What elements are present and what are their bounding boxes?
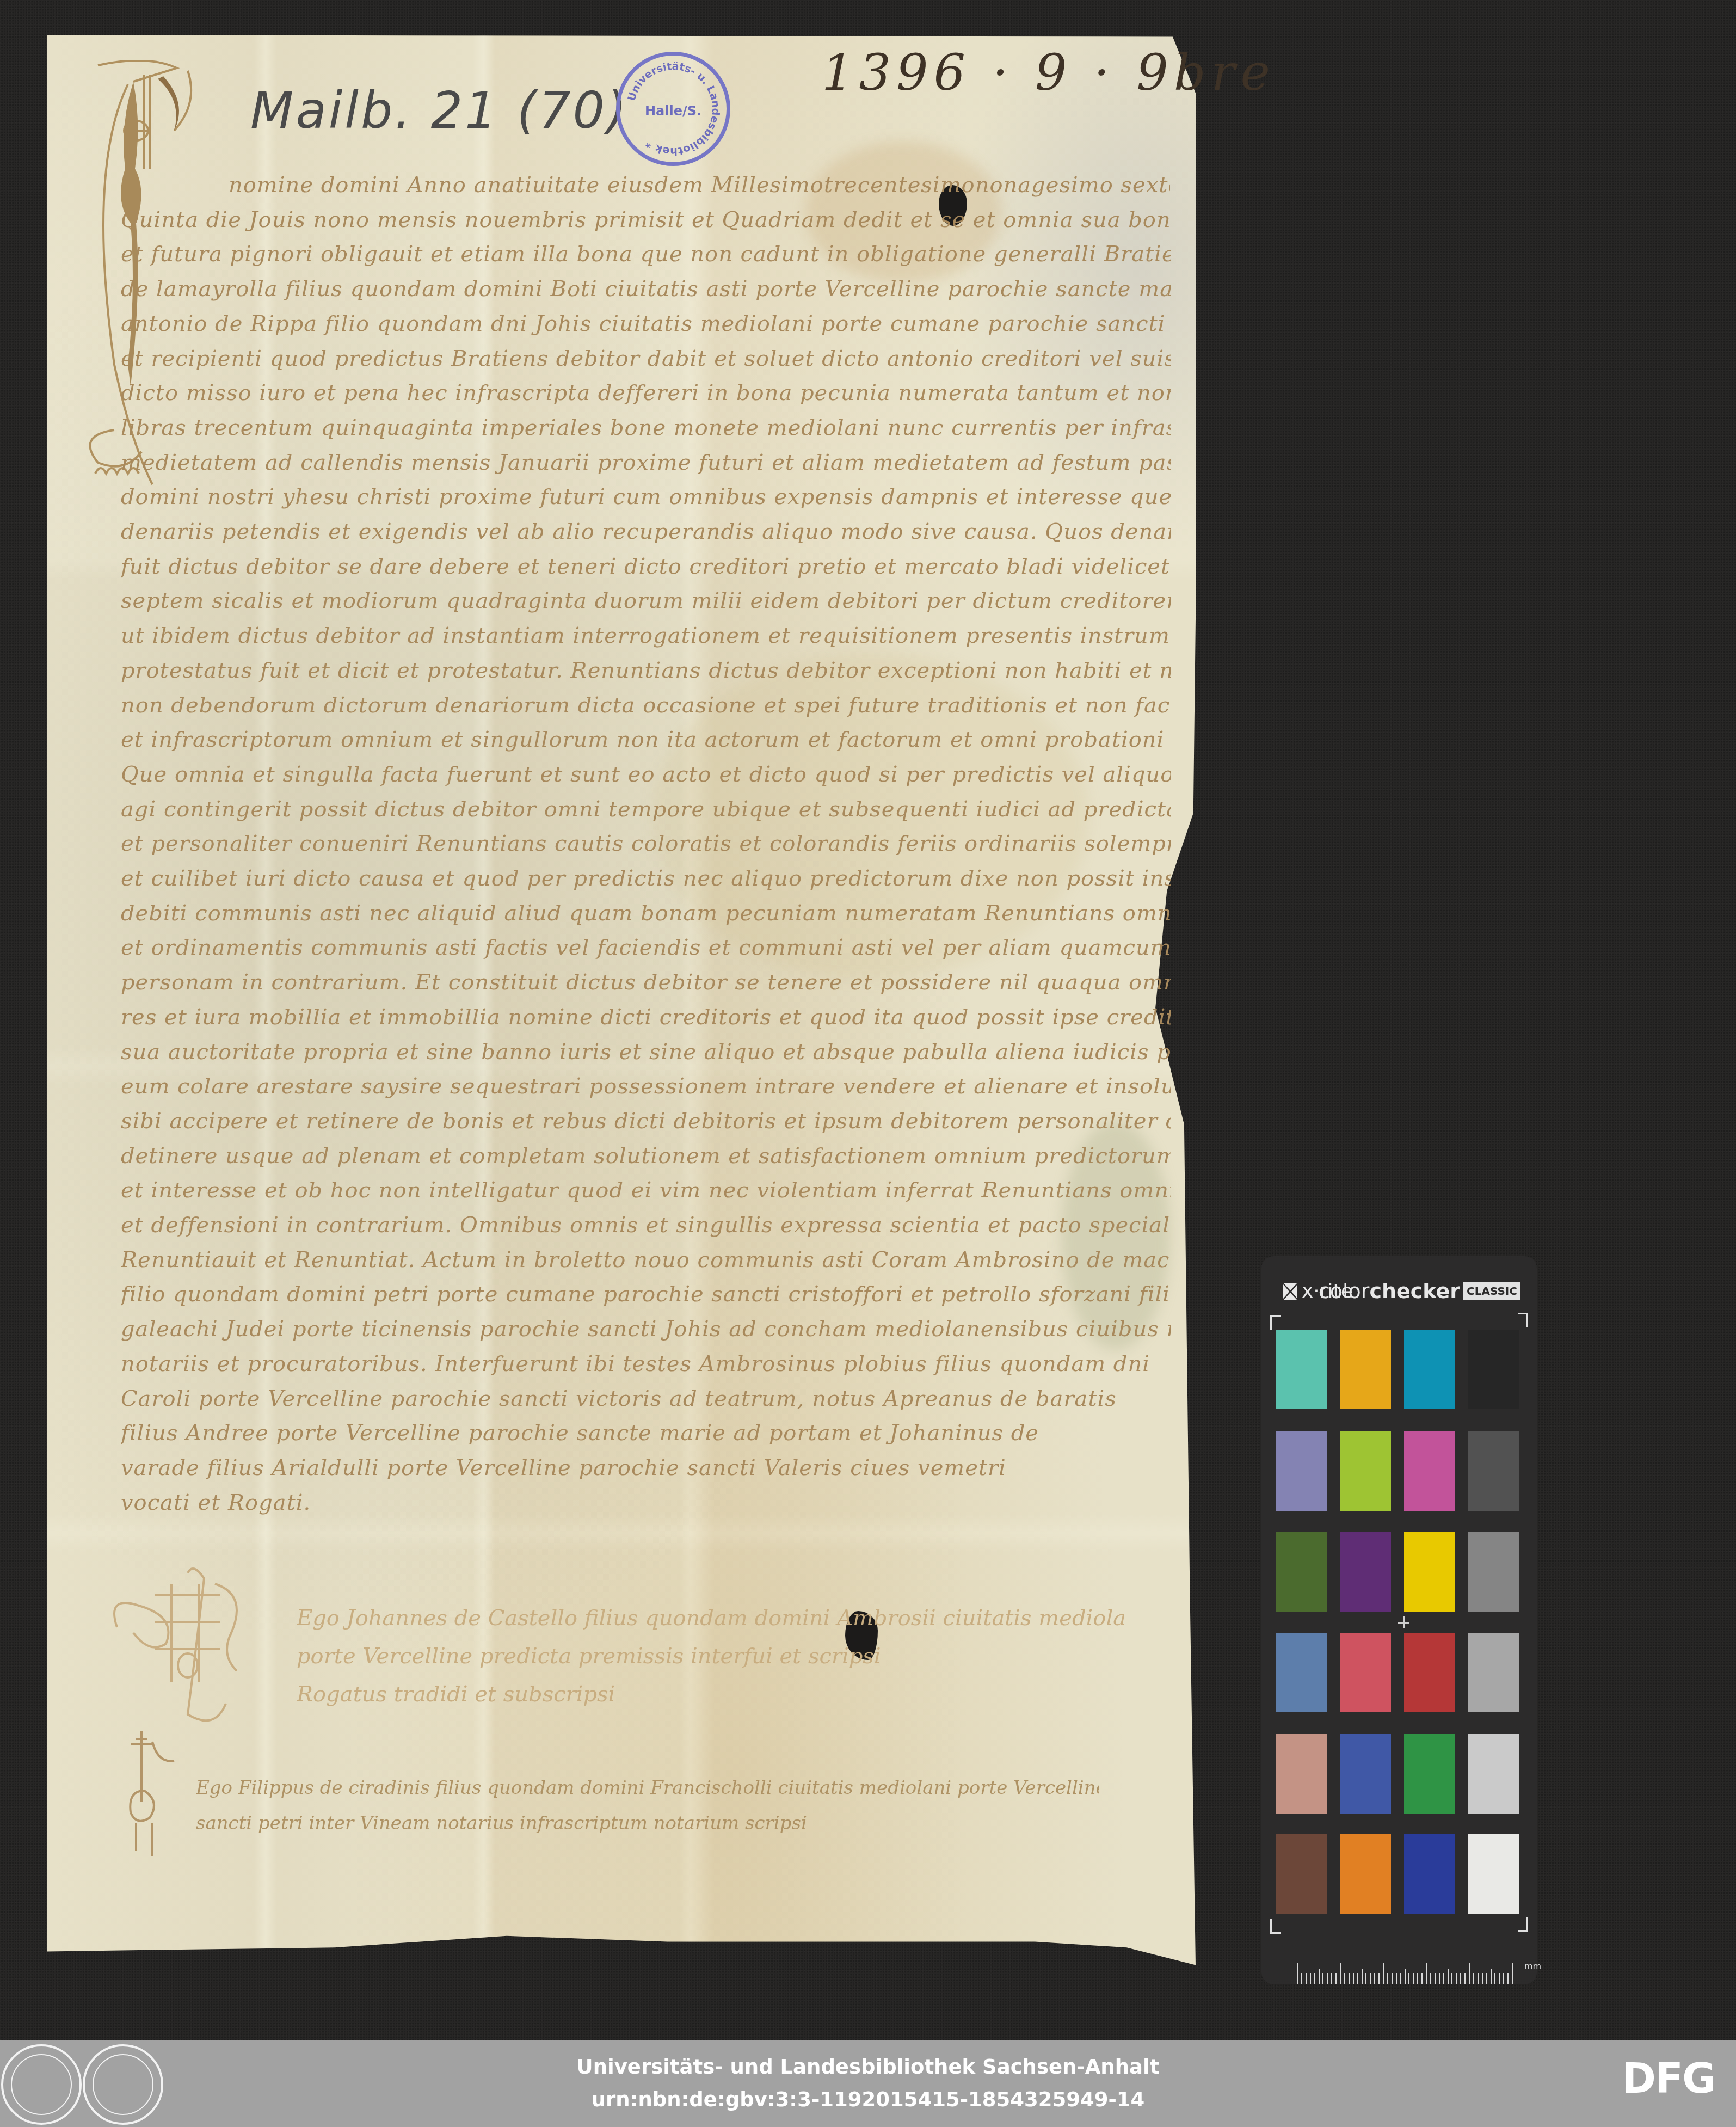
library-stamp: Universitäts- u. Landesbibliothek * Hall…	[616, 52, 730, 166]
color-patch	[1404, 1734, 1455, 1814]
title-bold: checker	[1369, 1279, 1460, 1303]
ruler-tick	[1460, 1973, 1461, 1984]
charter-text-line: detinere usque ad plenam et completam so…	[121, 1140, 1171, 1172]
ruler-tick	[1464, 1973, 1466, 1984]
charter-text-line: filius Andree porte Vercelline parochie …	[121, 1417, 1171, 1449]
xrite-logo-icon	[1282, 1282, 1298, 1301]
charter-text-line: protestatus fuit et dicit et protestatur…	[121, 654, 1171, 687]
charter-text-line: et cuilibet iuri dicto causa et quod per…	[121, 862, 1171, 895]
ruler-tick	[1405, 1969, 1406, 1984]
ruler-tick	[1314, 1973, 1315, 1984]
ruler-tick	[1491, 1969, 1492, 1984]
color-patch	[1468, 1834, 1519, 1914]
color-patch	[1468, 1633, 1519, 1712]
color-patch	[1468, 1532, 1519, 1612]
charter-text-line: Que omnia et singulla facta fuerunt et s…	[121, 758, 1171, 791]
charter-text-line: sibi accipere et retinere de bonis et re…	[121, 1105, 1171, 1138]
charter-text-line: Quinta die Jouis nono mensis nouembris p…	[121, 204, 1171, 236]
ruler-tick	[1499, 1973, 1500, 1984]
ruler-tick	[1494, 1973, 1495, 1984]
ruler-tick	[1435, 1973, 1436, 1984]
registration-corner	[1270, 1315, 1281, 1330]
charter-text-line: et ordinamentis communis asti factis vel…	[121, 931, 1171, 964]
charter-text-line: personam in contrarium. Et constituit di…	[121, 966, 1171, 999]
ruler-tick	[1340, 1963, 1341, 1984]
ruler-tick	[1448, 1969, 1449, 1984]
ruler-tick	[1387, 1973, 1388, 1984]
charter-text-line: nomine domini Anno anatiuitate eiusdem M…	[229, 169, 1170, 201]
color-patch	[1468, 1431, 1519, 1511]
ruler-tick	[1413, 1973, 1414, 1984]
ruler-tick	[1430, 1973, 1431, 1984]
ruler-tick	[1469, 1963, 1470, 1984]
charter-text-line: dicto misso iuro et pena hec infrascript…	[121, 377, 1171, 409]
ruler-tick	[1374, 1973, 1375, 1984]
ruler-tick	[1331, 1973, 1332, 1984]
charter-text-line: et recipienti quod predictus Bratiens de…	[121, 342, 1171, 375]
ruler-tick	[1335, 1973, 1337, 1984]
charter-text-line: de lamayrolla filius quondam domini Boti…	[121, 273, 1171, 305]
color-patch	[1404, 1633, 1455, 1712]
color-patch	[1276, 1633, 1327, 1712]
charter-text-line: Renuntiauit et Renuntiat. Actum in brole…	[121, 1244, 1171, 1276]
charter-text-line: agi contingerit possit dictus debitor om…	[121, 793, 1171, 826]
charter-text-line: septem sicalis et modiorum quadraginta d…	[121, 585, 1171, 617]
color-patch	[1404, 1532, 1455, 1612]
dfg-logo: DFG	[1622, 2061, 1715, 2097]
charter-text-line: filio quondam domini petri porte cumane …	[121, 1278, 1171, 1311]
charter-text-line: galeachi Judei porte ticinensis parochie…	[121, 1313, 1171, 1345]
ruler-tick	[1297, 1963, 1298, 1984]
ruler-tick	[1306, 1973, 1307, 1984]
mm-ruler: mm	[1297, 1962, 1520, 1984]
color-patch	[1340, 1834, 1391, 1914]
title-light: color	[1319, 1279, 1370, 1303]
urn-identifier: urn:nbn:de:gbv:3:3-1192015415-1854325949…	[0, 2088, 1736, 2111]
footer-bar: Universitäts- und Landesbibliothek Sachs…	[0, 2040, 1736, 2127]
institution-name: Universitäts- und Landesbibliothek Sachs…	[0, 2055, 1736, 2079]
ruler-tick	[1301, 1973, 1302, 1984]
ruler-tick	[1421, 1973, 1423, 1984]
color-patch	[1340, 1734, 1391, 1814]
color-patch	[1340, 1633, 1391, 1712]
subscription-johannes-line: porte Vercelline predicta premissis inte…	[297, 1644, 1058, 1669]
color-patch	[1276, 1330, 1327, 1409]
charter-text-line: notariis et procuratoribus. Interfuerunt…	[121, 1348, 1171, 1380]
ruler-tick	[1426, 1963, 1427, 1984]
ruler-tick	[1319, 1969, 1320, 1984]
ruler-unit: mm	[1524, 1961, 1541, 1971]
ruler-tick	[1322, 1973, 1323, 1984]
subscription-johannes-line: Ego Johannes de Castello filius quondam …	[297, 1606, 1124, 1631]
charter-text-line: res et iura mobillia et immobillia nomin…	[121, 1001, 1171, 1034]
color-patch	[1468, 1330, 1519, 1409]
ruler-tick	[1365, 1973, 1366, 1984]
ruler-tick	[1512, 1963, 1513, 1984]
classic-badge: CLASSIC	[1463, 1282, 1520, 1300]
ruler-tick	[1486, 1973, 1487, 1984]
ruler-tick	[1503, 1973, 1504, 1984]
charter-text-line: debiti communis asti nec aliquid aliud q…	[121, 897, 1171, 930]
ruler-tick	[1482, 1973, 1483, 1984]
charter-text-line: varade filius Arialdulli porte Vercellin…	[121, 1452, 1171, 1484]
ruler-tick	[1349, 1973, 1350, 1984]
ruler-tick	[1370, 1973, 1371, 1984]
color-patch	[1340, 1431, 1391, 1511]
color-patch	[1404, 1330, 1455, 1409]
charter-text-line: ut ibidem dictus debitor ad instantiam i…	[121, 619, 1171, 652]
ruler-tick	[1383, 1963, 1384, 1984]
charter-text-line: non debendorum dictorum denariorum dicta…	[121, 689, 1171, 722]
notary-signum-icon	[106, 1562, 291, 1736]
color-patch	[1404, 1431, 1455, 1511]
charter-text-line: domini nostri yhesu christi proxime futu…	[121, 481, 1171, 513]
charter-text-line: eum colare arestare saysire sequestrari …	[121, 1070, 1171, 1103]
color-patch	[1276, 1834, 1327, 1914]
ruler-tick	[1417, 1973, 1418, 1984]
ruler-tick	[1451, 1973, 1452, 1984]
ruler-tick	[1357, 1973, 1358, 1984]
archive-shelfmark: Mailb. 21 (70)	[250, 82, 629, 140]
color-patch	[1340, 1330, 1391, 1409]
charter-text-line: fuit dictus debitor se dare debere et te…	[121, 550, 1171, 583]
ruler-tick	[1439, 1973, 1440, 1984]
color-patch	[1468, 1734, 1519, 1814]
charter-text-line: antonio de Rippa filio quondam dni Johis…	[121, 308, 1171, 340]
crosshair-icon	[1398, 1616, 1409, 1628]
notary-cross-signum-icon	[120, 1731, 190, 1856]
ruler-tick	[1344, 1973, 1345, 1984]
ruler-tick	[1378, 1973, 1380, 1984]
color-patch	[1340, 1532, 1391, 1612]
charter-text-line: vocati et Rogati.	[121, 1486, 1171, 1519]
stamp-center-text: Halle/S.	[620, 103, 727, 119]
color-patch	[1276, 1431, 1327, 1511]
ruler-tick	[1362, 1969, 1363, 1984]
date-annotation: 1396 · 9 · 9bre	[822, 44, 1276, 102]
ruler-tick	[1473, 1973, 1474, 1984]
charter-text-line: libras trecentum quinquaginta imperiales…	[121, 411, 1171, 444]
ruler-tick	[1456, 1973, 1457, 1984]
charter-text-line: Caroli porte Vercelline parochie sancti …	[121, 1382, 1171, 1415]
charter-text-line: et personaliter conueniri Renuntians cau…	[121, 827, 1171, 860]
color-patch	[1276, 1532, 1327, 1612]
charter-text-line: et deffensioni in contrarium. Omnibus om…	[121, 1209, 1171, 1241]
subscription-filippus-line: sancti petri inter Vineam notarius infra…	[196, 1812, 849, 1834]
subscription-johannes-line: Rogatus tradidi et subscripsi	[297, 1682, 841, 1707]
color-patch	[1404, 1834, 1455, 1914]
ruler-tick	[1443, 1973, 1444, 1984]
charter-text-line: et interesse et ob hoc non intelligatur …	[121, 1174, 1171, 1207]
colorchecker-title: colorcheckerCLASSIC	[1319, 1279, 1520, 1303]
charter-text-line: sua auctoritate propria et sine banno iu…	[121, 1036, 1171, 1068]
ruler-tick	[1392, 1973, 1393, 1984]
charter-text-line: medietatem ad callendis mensis Januarii …	[121, 446, 1171, 479]
ruler-tick	[1327, 1973, 1328, 1984]
registration-corner	[1518, 1917, 1528, 1932]
color-patch	[1276, 1734, 1327, 1814]
ruler-tick	[1507, 1973, 1509, 1984]
registration-corner	[1270, 1919, 1281, 1934]
charter-text-line: et futura pignori obligauit et etiam ill…	[121, 238, 1171, 271]
ruler-tick	[1396, 1973, 1397, 1984]
charter-text-line: et infrascriptorum omnium et singullorum…	[121, 723, 1171, 756]
ruler-tick	[1400, 1973, 1401, 1984]
ruler-tick	[1478, 1973, 1479, 1984]
charter-text-line: denariis petendis et exigendis vel ab al…	[121, 515, 1171, 548]
ruler-tick	[1408, 1973, 1409, 1984]
subscription-filippus-line: Ego Filippus de ciradinis filius quondam…	[196, 1777, 1099, 1799]
ruler-tick	[1310, 1973, 1311, 1984]
registration-corner	[1518, 1313, 1528, 1327]
ruler-tick	[1353, 1973, 1354, 1984]
